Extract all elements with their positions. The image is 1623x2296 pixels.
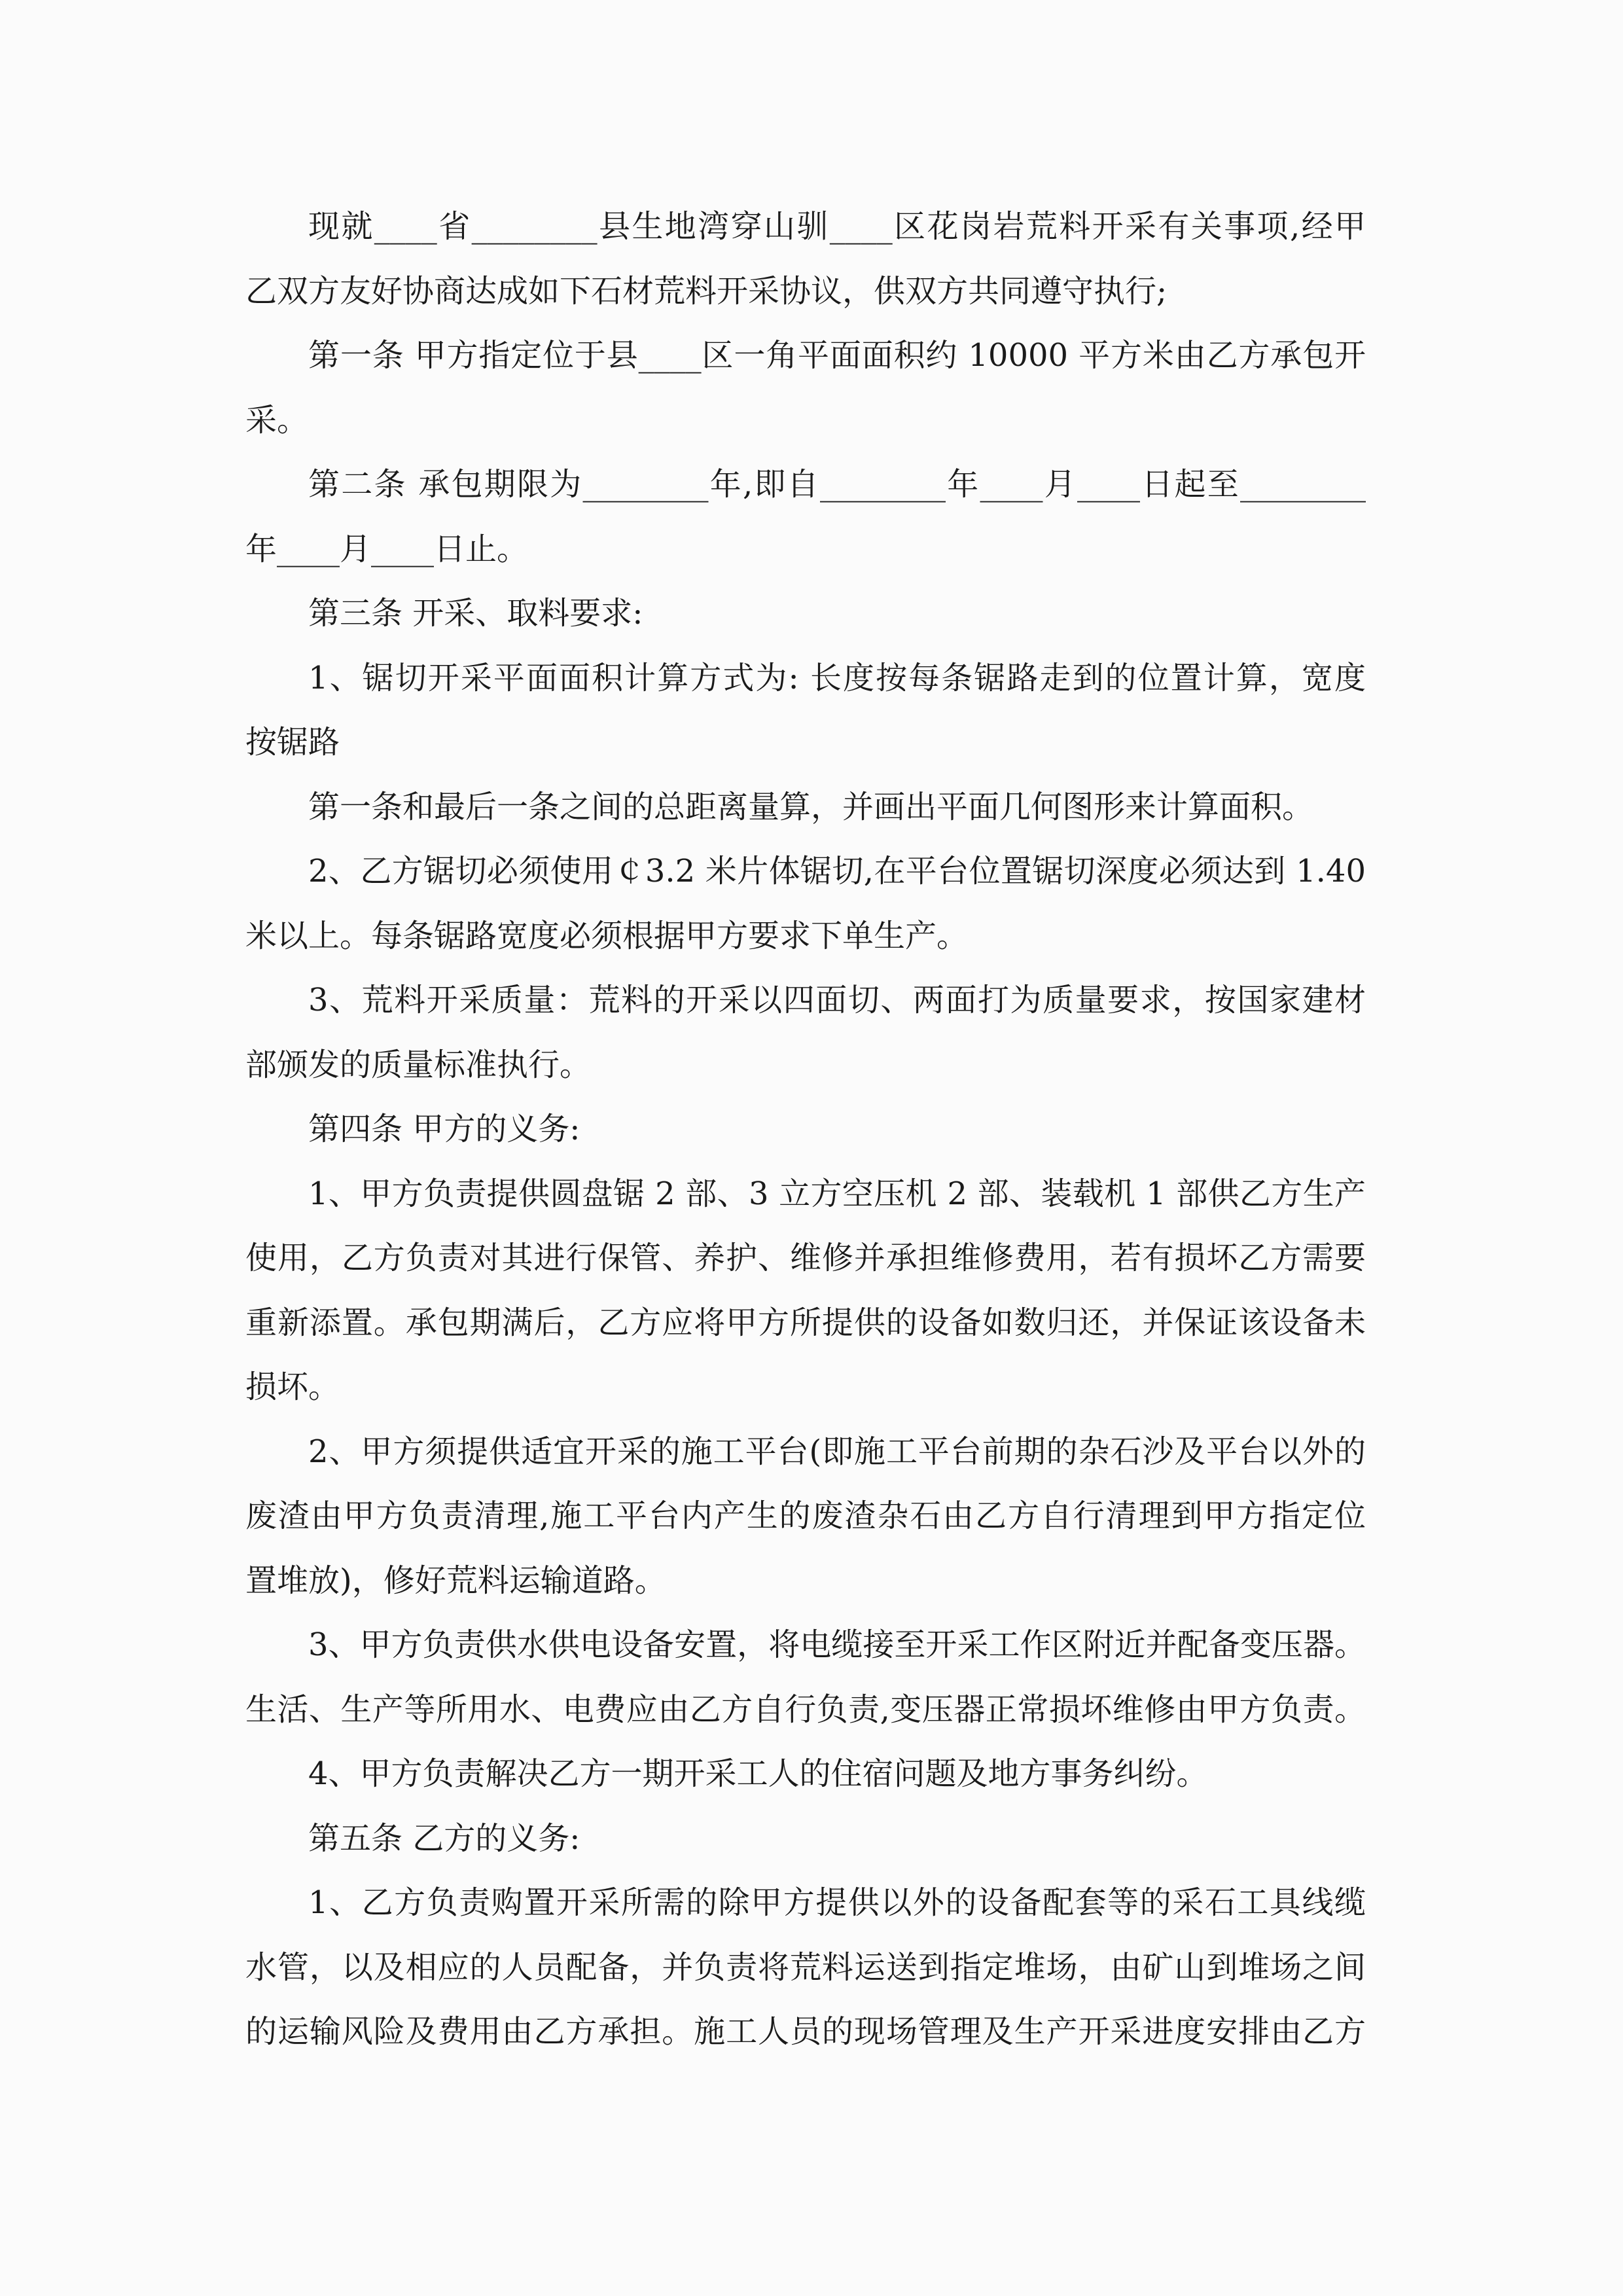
clause-3-item-1-continued: 第一条和最后一条之间的总距离量算，并画出平面几何图形来计算面积。: [245, 775, 1366, 840]
clause-3-item-3-line-2: 部颁发的质量标准执行。: [245, 1033, 1366, 1098]
clause-2-line-2: 年____月____日止。: [245, 517, 1366, 582]
clause-3-heading: 第三条 开采、取料要求:: [245, 581, 1366, 646]
clause-1-line-1: 第一条 甲方指定位于县____区一角平面面积约 10000 平方米由乙方承包开: [245, 323, 1366, 388]
clause-4-item-4: 4、甲方负责解决乙方一期开采工人的住宿问题及地方事务纠纷。: [245, 1742, 1366, 1806]
clause-4-item-1-line-4: 损坏。: [245, 1355, 1366, 1420]
clause-3-item-2-line-2: 米以上。每条锯路宽度必须根据甲方要求下单生产。: [245, 904, 1366, 969]
clause-4-item-1-line-2: 使用，乙方负责对其进行保管、养护、维修并承担维修费用，若有损坏乙方需要: [245, 1226, 1366, 1291]
clause-3-item-2-line-1: 2、乙方锯切必须使用￠3.2 米片体锯切,在平台位置锯切深度必须达到 1.40: [245, 839, 1366, 904]
intro-line-1: 现就____省________县生地湾穿山驯____区花岗岩荒料开采有关事项,经…: [245, 194, 1366, 259]
clause-5-item-1-line-3: 的运输风险及费用由乙方承担。施工人员的现场管理及生产开采进度安排由乙方: [245, 2000, 1366, 2064]
clause-5-heading: 第五条 乙方的义务:: [245, 1806, 1366, 1871]
clause-3-item-3-line-1: 3、荒料开采质量：荒料的开采以四面切、两面打为质量要求，按国家建材: [245, 968, 1366, 1033]
clause-4-item-1-line-1: 1、甲方负责提供圆盘锯 2 部、3 立方空压机 2 部、装载机 1 部供乙方生产: [245, 1162, 1366, 1227]
clause-1-line-2: 采。: [245, 388, 1366, 453]
clause-2-line-1: 第二条 承包期限为________年,即自________年____月____日…: [245, 452, 1366, 517]
contract-body: 现就____省________县生地湾穿山驯____区花岗岩荒料开采有关事项,经…: [245, 194, 1366, 2064]
clause-5-item-1-line-1: 1、乙方负责购置开采所需的除甲方提供以外的设备配套等的采石工具线缆: [245, 1871, 1366, 1935]
clause-4-item-1-line-3: 重新添置。承包期满后，乙方应将甲方所提供的设备如数归还，并保证该设备未: [245, 1291, 1366, 1355]
clause-3-item-1-line-1: 1、锯切开采平面面积计算方式为: 长度按每条锯路走到的位置计算，宽度: [245, 646, 1366, 711]
contract-page: 现就____省________县生地湾穿山驯____区花岗岩荒料开采有关事项,经…: [0, 0, 1623, 2296]
clause-4-item-2-line-3: 置堆放)，修好荒料运输道路。: [245, 1549, 1366, 1613]
clause-4-item-2-line-2: 废渣由甲方负责清理,施工平台内产生的废渣杂石由乙方自行清理到甲方指定位: [245, 1484, 1366, 1549]
intro-line-2: 乙双方友好协商达成如下石材荒料开采协议，供双方共同遵守执行;: [245, 259, 1366, 324]
clause-4-item-3-line-1: 3、甲方负责供水供电设备安置，将电缆接至开采工作区附近并配备变压器。: [245, 1613, 1366, 1677]
clause-4-item-2-line-1: 2、甲方须提供适宜开采的施工平台(即施工平台前期的杂石沙及平台以外的: [245, 1420, 1366, 1484]
clause-4-heading: 第四条 甲方的义务:: [245, 1097, 1366, 1162]
clause-3-item-1-line-2: 按锯路: [245, 710, 1366, 775]
clause-5-item-1-line-2: 水管，以及相应的人员配备，并负责将荒料运送到指定堆场，由矿山到堆场之间: [245, 1935, 1366, 2000]
clause-4-item-3-line-2: 生活、生产等所用水、电费应由乙方自行负责,变压器正常损坏维修由甲方负责。: [245, 1677, 1366, 1742]
